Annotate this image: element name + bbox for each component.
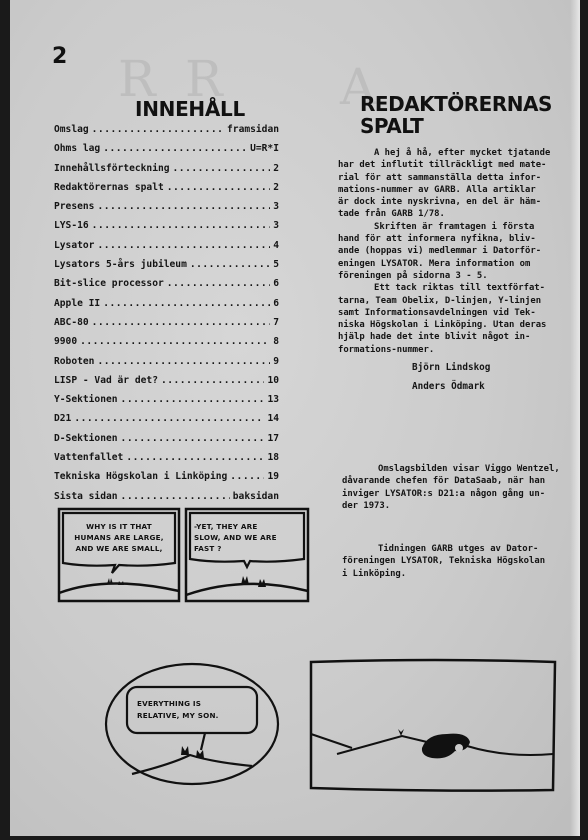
toc-entry-label: ABC-80 — [54, 317, 89, 328]
toc-entry: Bit-slice processor.....................… — [54, 278, 279, 297]
editorial-paragraph: Ett tack riktas till textförfat- tarna, … — [338, 282, 573, 356]
toc-entry: ABC-80..................................… — [54, 317, 279, 336]
toc-leader-dots: ........................................… — [92, 220, 271, 231]
cover-caption-text: Omslagsbilden visar Viggo Wentzel, dåvar… — [342, 463, 577, 512]
toc-entry: 9900....................................… — [54, 336, 279, 355]
editorial-body: A hej å hå, efter mycket tjatande har de… — [338, 147, 573, 356]
toc-entry-label: D-Sektionen — [54, 433, 118, 444]
comic-text-line: -YET, THEY ARE — [194, 522, 258, 531]
toc-entry-label: Sista sidan — [54, 491, 118, 502]
toc-entry-label: LISP - Vad är det? — [54, 375, 158, 386]
toc-entry-label: Omslag — [54, 124, 89, 135]
comic-panel-3: EVERYTHING IS RELATIVE, MY SON. — [102, 662, 282, 792]
magazine-page: R R A 2 INNEHÅLL Omslag.................… — [10, 0, 580, 836]
toc-entry-page: 18 — [267, 452, 279, 463]
toc-entry-page: 10 — [267, 375, 279, 386]
toc-entry: D21.....................................… — [54, 413, 279, 432]
toc-entry-label: Lysator — [54, 240, 94, 251]
toc-entry-page: 17 — [267, 433, 279, 444]
page-edge — [570, 0, 580, 836]
toc-entry-page: 3 — [273, 201, 279, 212]
toc-entry-page: 9 — [273, 356, 279, 367]
toc-leader-dots: ........................................… — [230, 471, 264, 482]
editorial-paragraph: Skriften är framtagen i första hand för … — [338, 221, 573, 282]
signature-1: Björn Lindskog — [412, 362, 490, 373]
toc-entry-page: 8 — [273, 336, 279, 347]
toc-entry-label: Redaktörernas spalt — [54, 182, 164, 193]
toc-entry-label: LYS-16 — [54, 220, 89, 231]
toc-title: INNEHÅLL — [105, 97, 275, 121]
toc-entry: Innehållsförteckning....................… — [54, 163, 279, 182]
page-number: 2 — [52, 44, 67, 69]
toc-leader-dots: ........................................… — [167, 182, 270, 193]
editorial-title-line2: SPALT — [360, 115, 552, 137]
toc-entry: Roboten.................................… — [54, 356, 279, 375]
comic-text-line: AND WE ARE SMALL, — [75, 544, 162, 553]
toc-entry-label: Bit-slice processor — [54, 278, 164, 289]
toc-entry-page: 6 — [273, 278, 279, 289]
comic-text-line: FAST ? — [194, 544, 222, 553]
publisher-note-text: Tidningen GARB utges av Dator- föreninge… — [342, 543, 577, 580]
toc-leader-dots: ........................................… — [161, 375, 264, 386]
table-of-contents: Omslag..................................… — [54, 124, 279, 510]
toc-leader-dots: ........................................… — [80, 336, 270, 347]
toc-leader-dots: ........................................… — [121, 433, 265, 444]
toc-leader-dots: ........................................… — [126, 452, 264, 463]
toc-entry-page: 4 — [273, 240, 279, 251]
toc-entry-page: 3 — [273, 220, 279, 231]
toc-entry: LYS-16..................................… — [54, 220, 279, 239]
editorial-title-line1: REDAKTÖRERNAS — [360, 93, 552, 115]
creature-icon — [241, 576, 266, 587]
hand-icon — [422, 734, 470, 759]
comic-panel-4 — [307, 654, 559, 794]
toc-entry: Tekniska Högskolan i Linköping..........… — [54, 471, 279, 490]
toc-entry-label: Y-Sektionen — [54, 394, 118, 405]
toc-entry-page: 13 — [267, 394, 279, 405]
toc-entry-label: Tekniska Högskolan i Linköping — [54, 471, 227, 482]
toc-leader-dots: ........................................… — [103, 143, 247, 154]
toc-entry: Vattenfallet............................… — [54, 452, 279, 471]
toc-entry-page: 14 — [267, 413, 279, 424]
toc-leader-dots: ........................................… — [74, 413, 264, 424]
toc-leader-dots: ........................................… — [103, 298, 270, 309]
toc-entry-page: 19 — [267, 471, 279, 482]
toc-entry: Presens.................................… — [54, 201, 279, 220]
toc-entry: Ohms lag................................… — [54, 143, 279, 162]
toc-entry: Lysator.................................… — [54, 240, 279, 259]
toc-leader-dots: ........................................… — [121, 491, 230, 502]
comic-text-line: HUMANS ARE LARGE, — [74, 533, 163, 542]
toc-entry-page: 7 — [273, 317, 279, 328]
toc-entry-page: framsidan — [227, 124, 279, 135]
toc-entry-label: Innehållsförteckning — [54, 163, 170, 174]
toc-entry-page: 2 — [273, 163, 279, 174]
comic-panel-2: -YET, THEY ARE SLOW, AND WE ARE FAST ? — [184, 507, 310, 603]
comic-text-line: RELATIVE, MY SON. — [137, 711, 219, 720]
comic-panel-1: WHY IS IT THAT HUMANS ARE LARGE, AND WE … — [57, 507, 181, 603]
toc-entry: Apple II................................… — [54, 298, 279, 317]
toc-entry: Y-Sektionen.............................… — [54, 394, 279, 413]
comic-text-line: WHY IS IT THAT — [86, 522, 152, 531]
toc-leader-dots: ........................................… — [173, 163, 271, 174]
toc-entry-label: Apple II — [54, 298, 100, 309]
comic-text-line: EVERYTHING IS — [137, 699, 201, 708]
toc-entry-page: 6 — [273, 298, 279, 309]
toc-entry: D-Sektionen.............................… — [54, 433, 279, 452]
toc-leader-dots: ........................................… — [92, 124, 224, 135]
toc-leader-dots: ........................................… — [92, 317, 271, 328]
toc-entry-page: baksidan — [233, 491, 279, 502]
toc-leader-dots: ........................................… — [167, 278, 270, 289]
toc-entry-page: 5 — [273, 259, 279, 270]
toc-leader-dots: ........................................… — [97, 201, 270, 212]
toc-entry-label: Ohms lag — [54, 143, 100, 154]
toc-entry-label: Roboten — [54, 356, 94, 367]
toc-leader-dots: ........................................… — [121, 394, 265, 405]
toc-leader-dots: ........................................… — [97, 240, 270, 251]
toc-entry-label: D21 — [54, 413, 71, 424]
editorial-title: REDAKTÖRERNAS SPALT — [360, 93, 552, 137]
toc-entry-label: Lysators 5-års jubileum — [54, 259, 187, 270]
toc-entry-page: U=R*I — [250, 143, 279, 154]
creature-icon — [398, 729, 404, 736]
toc-entry: LISP - Vad är det?......................… — [54, 375, 279, 394]
toc-leader-dots: ........................................… — [190, 259, 270, 270]
cover-caption: Omslagsbilden visar Viggo Wentzel, dåvar… — [342, 463, 577, 512]
toc-entry-label: Vattenfallet — [54, 452, 123, 463]
toc-entry-label: Presens — [54, 201, 94, 212]
toc-entry: Lysators 5-års jubileum.................… — [54, 259, 279, 278]
toc-entry-page: 2 — [273, 182, 279, 193]
toc-entry: Omslag..................................… — [54, 124, 279, 143]
comic-text-line: SLOW, AND WE ARE — [194, 533, 277, 542]
toc-entry-label: 9900 — [54, 336, 77, 347]
editorial-paragraph: A hej å hå, efter mycket tjatande har de… — [338, 147, 573, 221]
publisher-note: Tidningen GARB utges av Dator- föreninge… — [342, 543, 577, 580]
toc-leader-dots: ........................................… — [97, 356, 270, 367]
signature-2: Anders Ödmark — [412, 381, 485, 392]
toc-entry: Redaktörernas spalt.....................… — [54, 182, 279, 201]
